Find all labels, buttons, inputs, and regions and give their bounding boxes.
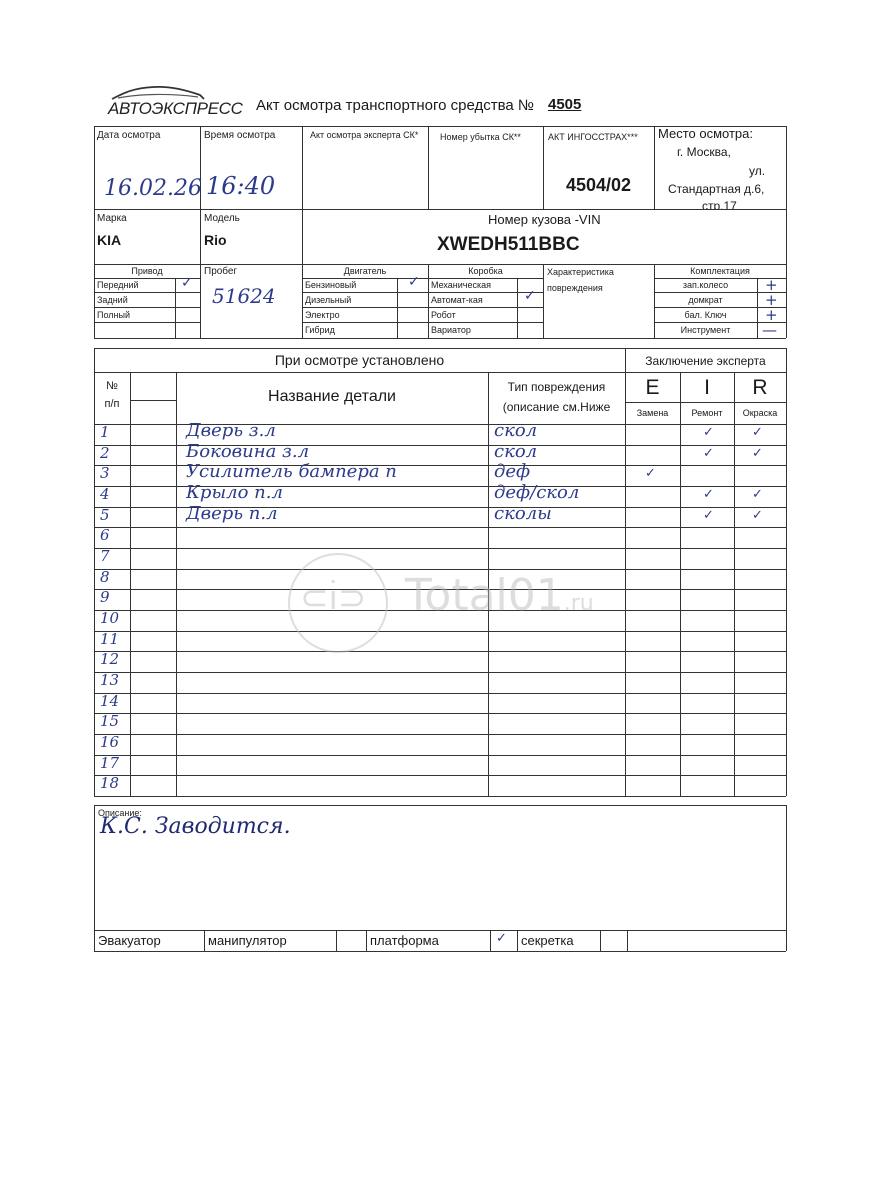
place-line-3: Стандартная д.6, <box>668 182 764 196</box>
col-r-sub: Окраска <box>734 408 786 418</box>
repair-check[interactable]: ✓ <box>703 425 714 440</box>
date-value: 16.02.26 <box>104 176 202 201</box>
table-row <box>94 548 786 569</box>
row-number: 13 <box>100 671 130 689</box>
col-part-name: Название детали <box>176 388 488 406</box>
place-line-2: ул. <box>749 164 765 178</box>
equipment-spare-wheel: зап.колесо <box>654 280 757 290</box>
expert-act-label: Акт осмотра эксперта СК* <box>310 130 418 140</box>
row-number: 5 <box>100 506 130 524</box>
table-row <box>94 713 786 734</box>
paint-check[interactable]: ✓ <box>752 508 763 523</box>
equipment-wheel-wrench: бал. Ключ <box>654 310 757 320</box>
evacuator-label: Эвакуатор <box>98 933 161 948</box>
document-title: Акт осмотра транспортного средства № <box>256 97 534 114</box>
date-label: Дата осмотра <box>97 130 160 141</box>
repair-check[interactable]: ✓ <box>703 487 714 502</box>
damage-type[interactable]: скол <box>494 420 537 441</box>
row-number: 9 <box>100 588 130 606</box>
row-number: 2 <box>100 444 130 462</box>
row-number: 14 <box>100 692 130 710</box>
damage-type[interactable]: деф/скол <box>494 482 579 503</box>
damage-char-label-2: повреждения <box>547 283 603 293</box>
row-number: 18 <box>100 774 130 792</box>
drive-full: Полный <box>97 310 130 320</box>
watermark-car-icon: ⊂ı̇⊃ <box>300 578 366 618</box>
place-line-1: г. Москва, <box>677 145 731 159</box>
expert-conclusion-title: Заключение эксперта <box>625 354 786 368</box>
part-name[interactable]: Дверь з.л <box>186 420 276 441</box>
table-row <box>94 672 786 693</box>
engine-electric: Электро <box>305 310 340 320</box>
part-name[interactable]: Боковина з.л <box>186 441 309 462</box>
equipment-tools-mark[interactable]: — <box>762 321 777 339</box>
equipment-title: Комплектация <box>654 266 786 276</box>
engine-petrol: Бензиновый <box>305 280 356 290</box>
row-number: 10 <box>100 609 130 627</box>
row-number: 8 <box>100 568 130 586</box>
row-number: 1 <box>100 423 130 441</box>
table-row <box>94 631 786 652</box>
part-name[interactable]: Дверь п.л <box>186 503 278 524</box>
ingos-act-label: АКТ ИНГОССТРАХ*** <box>548 132 638 142</box>
drive-front-check[interactable]: ✓ <box>181 275 193 291</box>
paint-check[interactable]: ✓ <box>752 487 763 502</box>
paint-check[interactable]: ✓ <box>752 446 763 461</box>
row-number: 11 <box>100 630 130 648</box>
time-value: 16:40 <box>206 172 275 200</box>
repair-check[interactable]: ✓ <box>703 508 714 523</box>
gearbox-robot: Робот <box>431 310 456 320</box>
replace-check[interactable]: ✓ <box>645 466 656 481</box>
drive-rear: Задний <box>97 295 128 305</box>
col-damage-1: Тип повреждения <box>488 380 625 394</box>
table-row <box>94 755 786 776</box>
description-value: К.С. Заводится. <box>100 814 291 839</box>
damage-char-label-1: Характеристика <box>547 267 614 277</box>
gearbox-manual: Механическая <box>431 280 491 290</box>
engine-diesel: Дизельный <box>305 295 351 305</box>
gearbox-cvt: Вариатор <box>431 325 471 335</box>
secret-label: секретка <box>521 933 574 948</box>
place-line-4: стр.17 <box>702 199 737 209</box>
watermark-text: Total01.ru <box>405 570 594 621</box>
row-number: 12 <box>100 650 130 668</box>
part-name[interactable]: Крыло п.л <box>186 482 283 503</box>
table-row <box>94 693 786 714</box>
table-row <box>94 775 786 796</box>
col-damage-2: (описание см.Ниже <box>488 400 625 414</box>
damage-type[interactable]: сколы <box>494 503 552 524</box>
table-row <box>94 651 786 672</box>
platform-check[interactable]: ✓ <box>496 931 507 946</box>
logo: АВТОЭКСПРЕСС <box>108 82 208 122</box>
col-e: E <box>625 376 680 400</box>
drive-front: Передний <box>97 280 139 290</box>
engine-hybrid: Гибрид <box>305 325 335 335</box>
model-label: Модель <box>204 213 240 224</box>
damage-type[interactable]: деф <box>494 461 530 482</box>
equipment-tools: Инструмент <box>654 325 757 335</box>
row-number: 17 <box>100 754 130 772</box>
gearbox-auto-check[interactable]: ✓ <box>524 288 536 304</box>
vin-value: XWEDH511BBC <box>437 234 580 256</box>
manipulator-label: манипулятор <box>208 933 287 948</box>
mileage-label: Пробег <box>204 266 237 277</box>
row-number: 16 <box>100 733 130 751</box>
findings-title: При осмотре установлено <box>94 352 625 368</box>
paint-check[interactable]: ✓ <box>752 425 763 440</box>
equipment-jack: домкрат <box>654 295 757 305</box>
act-number: 4505 <box>548 96 581 113</box>
row-number: 7 <box>100 547 130 565</box>
gearbox-title: Коробка <box>428 266 543 276</box>
ingos-act-value: 4504/02 <box>543 175 654 196</box>
row-number: 4 <box>100 485 130 503</box>
row-number: 6 <box>100 526 130 544</box>
place-label: Место осмотра: <box>658 126 753 141</box>
row-number: 3 <box>100 464 130 482</box>
loss-number-label: Номер убытка СК** <box>440 132 521 142</box>
gearbox-auto: Автомат-кая <box>431 295 483 305</box>
col-num-1: № <box>94 380 130 392</box>
manipulator-checkbox[interactable] <box>337 931 366 951</box>
row-number: 15 <box>100 712 130 730</box>
col-num-2: п/п <box>94 398 130 410</box>
model-value: Rio <box>204 232 227 248</box>
platform-label: платформа <box>370 933 439 948</box>
brand-value: KIA <box>97 232 121 248</box>
part-name[interactable]: Усилитель бампера п <box>186 461 397 482</box>
table-row <box>94 527 786 548</box>
brand-label: Марка <box>97 213 127 224</box>
engine-petrol-check[interactable]: ✓ <box>408 274 420 290</box>
secret-checkbox[interactable] <box>601 931 627 951</box>
repair-check[interactable]: ✓ <box>703 446 714 461</box>
col-i: I <box>680 376 734 400</box>
table-row <box>94 734 786 755</box>
col-e-sub: Замена <box>625 408 680 418</box>
logo-text: АВТОЭКСПРЕСС <box>108 99 243 119</box>
damage-type[interactable]: скол <box>494 441 537 462</box>
vin-label: Номер кузова -VIN <box>488 212 601 227</box>
col-i-sub: Ремонт <box>680 408 734 418</box>
col-r: R <box>734 376 786 400</box>
time-label: Время осмотра <box>204 130 275 141</box>
mileage-value: 51624 <box>212 284 276 308</box>
